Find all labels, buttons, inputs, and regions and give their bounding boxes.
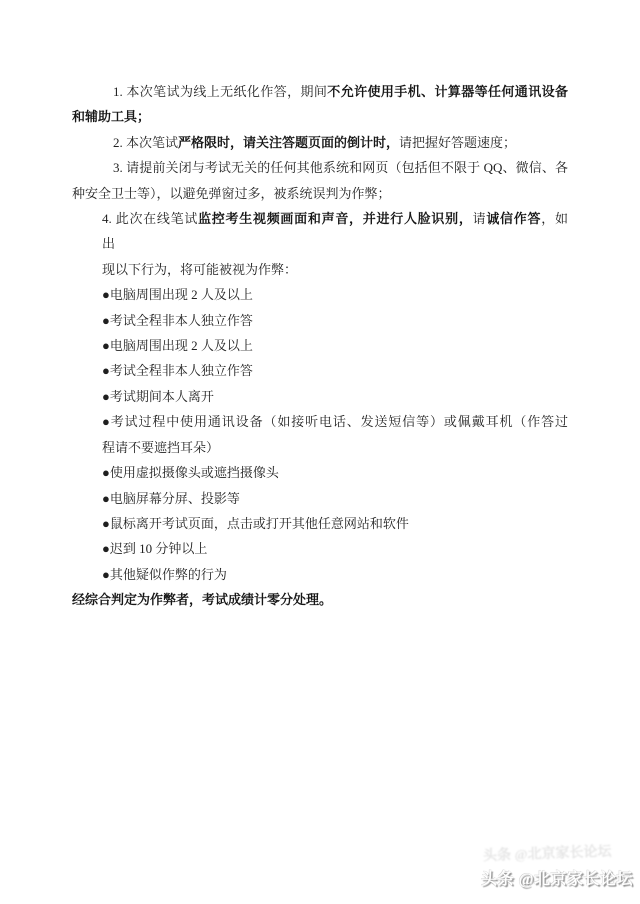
text-segment: ●考试全程非本人独立作答 [102,313,253,328]
text-segment: ●电脑屏幕分屏、投影等 [102,491,240,506]
text-segment: 请 [473,211,487,226]
doc-line: 和辅助工具； [72,104,568,129]
text-segment: 1. 本次笔试为线上无纸化作答，期间 [113,84,327,99]
text-segment: ●其他疑似作弊的行为 [102,567,227,582]
text-segment: 3. 请提前关闭与考试无关的任何其他系统和网页（包括但不限于 QQ、微信、各 [113,160,568,175]
text-segment: ●电脑周围出现 2 人及以上 [102,338,253,353]
doc-line: ●鼠标离开考试页面，点击或打开其他任意网站和软件 [102,511,568,536]
text-segment: 程请不要遮挡耳朵） [102,440,219,455]
text-segment: ●电脑周围出现 2 人及以上 [102,287,253,302]
doc-line: ●电脑屏幕分屏、投影等 [102,486,568,511]
doc-line: ●考试期间本人离开 [102,384,568,409]
doc-line: ●电脑周围出现 2 人及以上 [102,282,568,307]
text-segment: ●使用虚拟摄像头或遮挡摄像头 [102,465,279,480]
doc-line: ●迟到 10 分钟以上 [102,536,568,561]
text-segment: 现以下行为，将可能被视为作弊： [102,262,297,277]
text-segment: ●鼠标离开考试页面，点击或打开其他任意网站和软件 [102,516,409,531]
doc-line: 4. 此次在线笔试监控考生视频画面和声音，并进行人脸识别，请诚信作答，如 出 [102,206,568,257]
text-segment: 监控考生视频画面和声音，并进行人脸识别， [198,211,473,226]
text-segment: 严格限时，请关注答题页面的倒计时， [178,135,399,150]
watermark-ghost: 头条 @北京家长论坛 [483,841,612,865]
text-segment: 4. 此次在线笔试 [102,211,198,226]
doc-line: 1. 本次笔试为线上无纸化作答，期间不允许使用手机、计算器等任何通讯设备 [72,79,568,104]
doc-line: ●使用虚拟摄像头或遮挡摄像头 [102,460,568,485]
text-segment: 不允许使用手机、计算器等任何通讯设备 [327,84,568,99]
doc-line: 种安全卫士等），以避免弹窗过多，被系统误判为作弊； [72,181,568,206]
doc-line: 3. 请提前关闭与考试无关的任何其他系统和网页（包括但不限于 QQ、微信、各 [72,155,568,180]
text-segment: ●考试期间本人离开 [102,389,214,404]
watermark: 头条 @北京家长论坛 [481,866,633,889]
text-segment: 经综合判定为作弊者，考试成绩计零分处理。 [72,592,332,607]
doc-line: 经综合判定为作弊者，考试成绩计零分处理。 [72,587,568,612]
doc-lines: 1. 本次笔试为线上无纸化作答，期间不允许使用手机、计算器等任何通讯设备和辅助工… [72,79,568,613]
text-segment: ●考试过程中使用通讯设备（如接听电话、发送短信等）或佩戴耳机（作答过 [102,414,568,429]
doc-line: ●考试过程中使用通讯设备（如接听电话、发送短信等）或佩戴耳机（作答过 [102,409,568,434]
text-segment: 诚信作答 [486,211,541,226]
text-segment: ●迟到 10 分钟以上 [102,541,207,556]
doc-line: 现以下行为，将可能被视为作弊： [102,257,568,282]
doc-line: ●电脑周围出现 2 人及以上 [102,333,568,358]
doc-line: ●其他疑似作弊的行为 [102,562,568,587]
doc-line: ●考试全程非本人独立作答 [102,358,568,383]
doc-line: 程请不要遮挡耳朵） [102,435,568,460]
doc-line: ●考试全程非本人独立作答 [102,308,568,333]
text-segment: ●考试全程非本人独立作答 [102,363,253,378]
document-page: 1. 本次笔试为线上无纸化作答，期间不允许使用手机、计算器等任何通讯设备和辅助工… [0,0,640,904]
text-segment: 请把握好答题速度； [399,135,516,150]
text-segment: 和辅助工具； [72,109,150,124]
text-segment: 种安全卫士等），以避免弹窗过多，被系统误判为作弊； [72,186,391,201]
doc-line: 2. 本次笔试严格限时，请关注答题页面的倒计时，请把握好答题速度； [72,130,568,155]
text-segment: 2. 本次笔试 [113,135,178,150]
